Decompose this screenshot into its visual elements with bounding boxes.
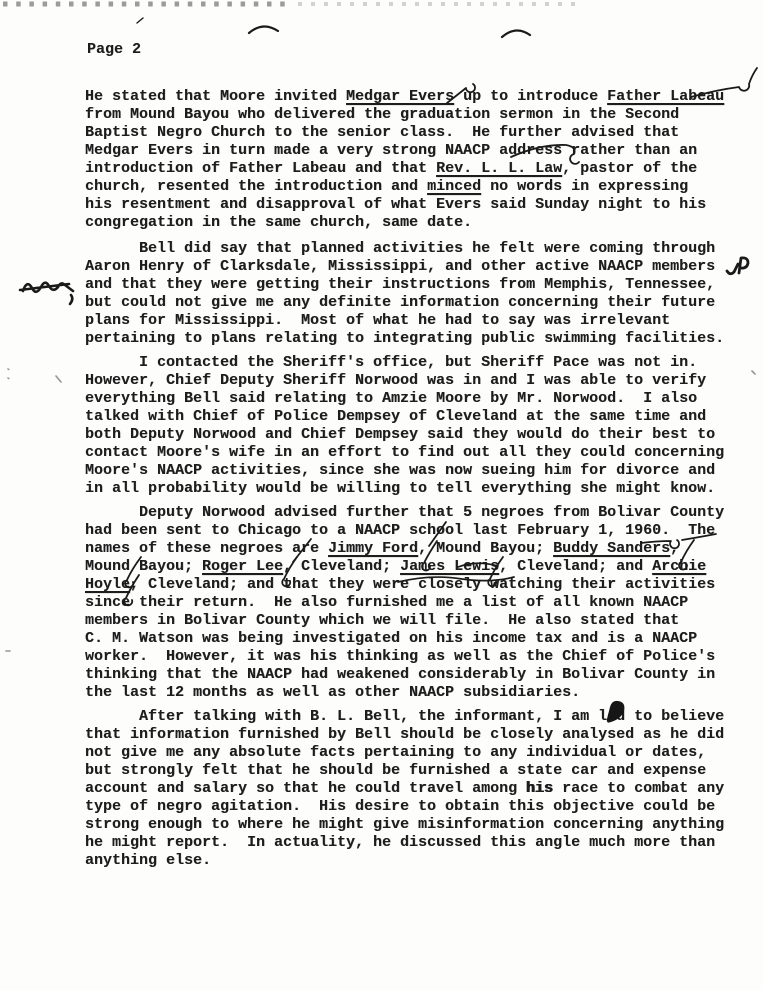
typed-text: Baptist Negro Church to the senior class… (85, 124, 679, 141)
text-line: but could not give me any definite infor… (85, 294, 753, 312)
typed-text: Bell did say that planned activities he … (85, 240, 715, 257)
typed-text: members in Bolivar County which we will … (85, 612, 679, 629)
text-line: he might report. In actuality, he discus… (85, 834, 753, 852)
typed-text: worker. However, it was his thinking as … (85, 648, 715, 665)
text-line: his resentment and disapproval of what E… (85, 196, 753, 214)
underlined-text: Medgar Evers (346, 88, 454, 105)
text-line: contact Moore's wife in an effort to fin… (85, 444, 753, 462)
typed-text: Deputy Norwood advised further that 5 ne… (85, 504, 724, 521)
text-line: Deputy Norwood advised further that 5 ne… (85, 504, 753, 522)
typed-text: He stated that Moore invited (85, 88, 346, 105)
typed-text: thinking that the NAACP had weakened con… (85, 666, 715, 683)
caret-curve-right-icon (502, 30, 530, 37)
paragraph-4: Deputy Norwood advised further that 5 ne… (85, 504, 753, 702)
typed-text: he might report. In actuality, he discus… (85, 834, 715, 851)
text-line: C. M. Watson was being investigated on h… (85, 630, 753, 648)
typed-text: but strongly felt that he should be furn… (85, 762, 706, 779)
text-line: had been sent to Chicago to a NAACP scho… (85, 522, 753, 540)
typed-text: not give me any absolute facts pertainin… (85, 744, 706, 761)
typed-text: After talking with B. L. Bell, the infor… (85, 708, 724, 725)
typed-text: However, Chief Deputy Sheriff Norwood wa… (85, 372, 706, 389)
typed-text: his resentment and disapproval of what E… (85, 196, 706, 213)
typed-text: both Deputy Norwood and Chief Dempsey sa… (85, 426, 715, 443)
text-line: the last 12 months as well as other NAAC… (85, 684, 753, 702)
typed-text: everything Bell said relating to Amzie M… (85, 390, 697, 407)
typed-text: the last 12 months as well as other NAAC… (85, 684, 580, 701)
stray-pen-tick (137, 18, 143, 23)
text-line: introduction of Father Labeau and that R… (85, 160, 753, 178)
text-line: Aaron Henry of Clarksdale, Mississippi, … (85, 258, 753, 276)
typed-text: plans for Mississippi. Most of what he h… (85, 312, 670, 329)
typed-text: account and salary so that he could trav… (85, 780, 526, 797)
text-line: that information furnished by Bell shoul… (85, 726, 753, 744)
underlined-text: James Lewis (400, 558, 499, 575)
text-line: Bell did say that planned activities he … (85, 240, 753, 258)
typed-text: Aaron Henry of Clarksdale, Mississippi, … (85, 258, 715, 275)
scanned-document-page: Page 2 He stated that Moore invited Medg… (0, 0, 763, 990)
text-line: talked with Chief of Police Dempsey of C… (85, 408, 753, 426)
typed-text: Mound Bayou; (85, 558, 202, 575)
text-line: He stated that Moore invited Medgar Ever… (85, 88, 753, 106)
text-line: However, Chief Deputy Sheriff Norwood wa… (85, 372, 753, 390)
text-line: not give me any absolute facts pertainin… (85, 744, 753, 762)
typed-text: I contacted the Sheriff's office, but Sh… (85, 354, 697, 371)
text-line: from Mound Bayou who delivered the gradu… (85, 106, 753, 124)
typed-text: congregation in the same church, same da… (85, 214, 472, 231)
text-line: Hoyle, Cleveland; and that they were clo… (85, 576, 753, 594)
text-line: members in Bolivar County which we will … (85, 612, 753, 630)
underlined-text: Rev. L. L. Law (436, 160, 562, 177)
typed-text: from Mound Bayou who delivered the gradu… (85, 106, 679, 123)
text-line: both Deputy Norwood and Chief Dempsey sa… (85, 426, 753, 444)
typed-text: names of these negroes are (85, 540, 328, 557)
typed-text: his (526, 780, 553, 797)
typed-text: , Cleveland; (283, 558, 400, 575)
text-line: church, resented the introduction and mi… (85, 178, 753, 196)
paragraph-1: He stated that Moore invited Medgar Ever… (85, 88, 753, 232)
typed-text: up to introduce (454, 88, 607, 105)
caret-curve-left-icon (249, 26, 278, 33)
underlined-text: Archie (652, 558, 706, 575)
underlined-text: Roger Lee (202, 558, 283, 575)
typed-text: strong enough to where he might give mis… (85, 816, 724, 833)
typed-text: since their return. He also furnished me… (85, 594, 688, 611)
typed-text: pertaining to plans relating to integrat… (85, 330, 724, 347)
typed-text: that information furnished by Bell shoul… (85, 726, 724, 743)
paragraph-3: I contacted the Sheriff's office, but Sh… (85, 354, 753, 498)
typed-text: , Cleveland; and that they were closely … (130, 576, 715, 593)
paragraph-5: After talking with B. L. Bell, the infor… (85, 708, 753, 870)
typed-text: type of negro agitation. His desire to o… (85, 798, 715, 815)
typed-text: Moore's NAACP activities, since she was … (85, 462, 715, 479)
typed-text: and that they were getting their instruc… (85, 276, 715, 293)
text-line: thinking that the NAACP had weakened con… (85, 666, 753, 684)
typed-text: , Mound Bayou; (418, 540, 553, 557)
typed-text: , (670, 540, 679, 557)
typed-text: church, resented the introduction and (85, 178, 427, 195)
text-line: congregation in the same church, same da… (85, 214, 753, 232)
underlined-text: minced (427, 178, 481, 195)
text-line: Moore's NAACP activities, since she was … (85, 462, 753, 480)
typed-text: race to combat any (553, 780, 724, 797)
text-line: anything else. (85, 852, 753, 870)
typed-text: C. M. Watson was being investigated on h… (85, 630, 697, 647)
underlined-text: Buddy Sanders (553, 540, 670, 557)
text-line: strong enough to where he might give mis… (85, 816, 753, 834)
text-line: everything Bell said relating to Amzie M… (85, 390, 753, 408)
typed-text: no words in expressing (481, 178, 688, 195)
underlined-text: Jimmy Ford (328, 540, 418, 557)
typed-text: contact Moore's wife in an effort to fin… (85, 444, 724, 461)
text-line: since their return. He also furnished me… (85, 594, 753, 612)
text-line: names of these negroes are Jimmy Ford, M… (85, 540, 753, 558)
text-line: in all probability would be willing to t… (85, 480, 753, 498)
typed-text: anything else. (85, 852, 211, 869)
underlined-text: Hoyle (85, 576, 130, 593)
typed-text: but could not give me any definite infor… (85, 294, 715, 311)
text-line: Baptist Negro Church to the senior class… (85, 124, 753, 142)
typed-text: , pastor of the (562, 160, 697, 177)
paragraph-2: Bell did say that planned activities he … (85, 240, 753, 348)
text-line: type of negro agitation. His desire to o… (85, 798, 753, 816)
text-line: account and salary so that he could trav… (85, 780, 753, 798)
text-line: Mound Bayou; Roger Lee, Cleveland; James… (85, 558, 753, 576)
text-line: I contacted the Sheriff's office, but Sh… (85, 354, 753, 372)
page-number-label: Page 2 (87, 41, 141, 59)
text-line: After talking with B. L. Bell, the infor… (85, 708, 753, 726)
text-line: but strongly felt that he should be furn… (85, 762, 753, 780)
text-line: Medgar Evers in turn made a very strong … (85, 142, 753, 160)
typed-text: had been sent to Chicago to a NAACP scho… (85, 522, 715, 539)
typed-text: Medgar Evers in turn made a very strong … (85, 142, 697, 159)
underlined-text: Father Labeau (607, 88, 724, 105)
typed-text: talked with Chief of Police Dempsey of C… (85, 408, 706, 425)
text-line: plans for Mississippi. Most of what he h… (85, 312, 753, 330)
margin-scribble-icon (20, 283, 73, 304)
text-line: and that they were getting their instruc… (85, 276, 753, 294)
typed-text: introduction of Father Labeau and that (85, 160, 436, 177)
text-line: pertaining to plans relating to integrat… (85, 330, 753, 348)
typed-text: , Cleveland; and (499, 558, 652, 575)
typed-text: in all probability would be willing to t… (85, 480, 715, 497)
text-line: worker. However, it was his thinking as … (85, 648, 753, 666)
